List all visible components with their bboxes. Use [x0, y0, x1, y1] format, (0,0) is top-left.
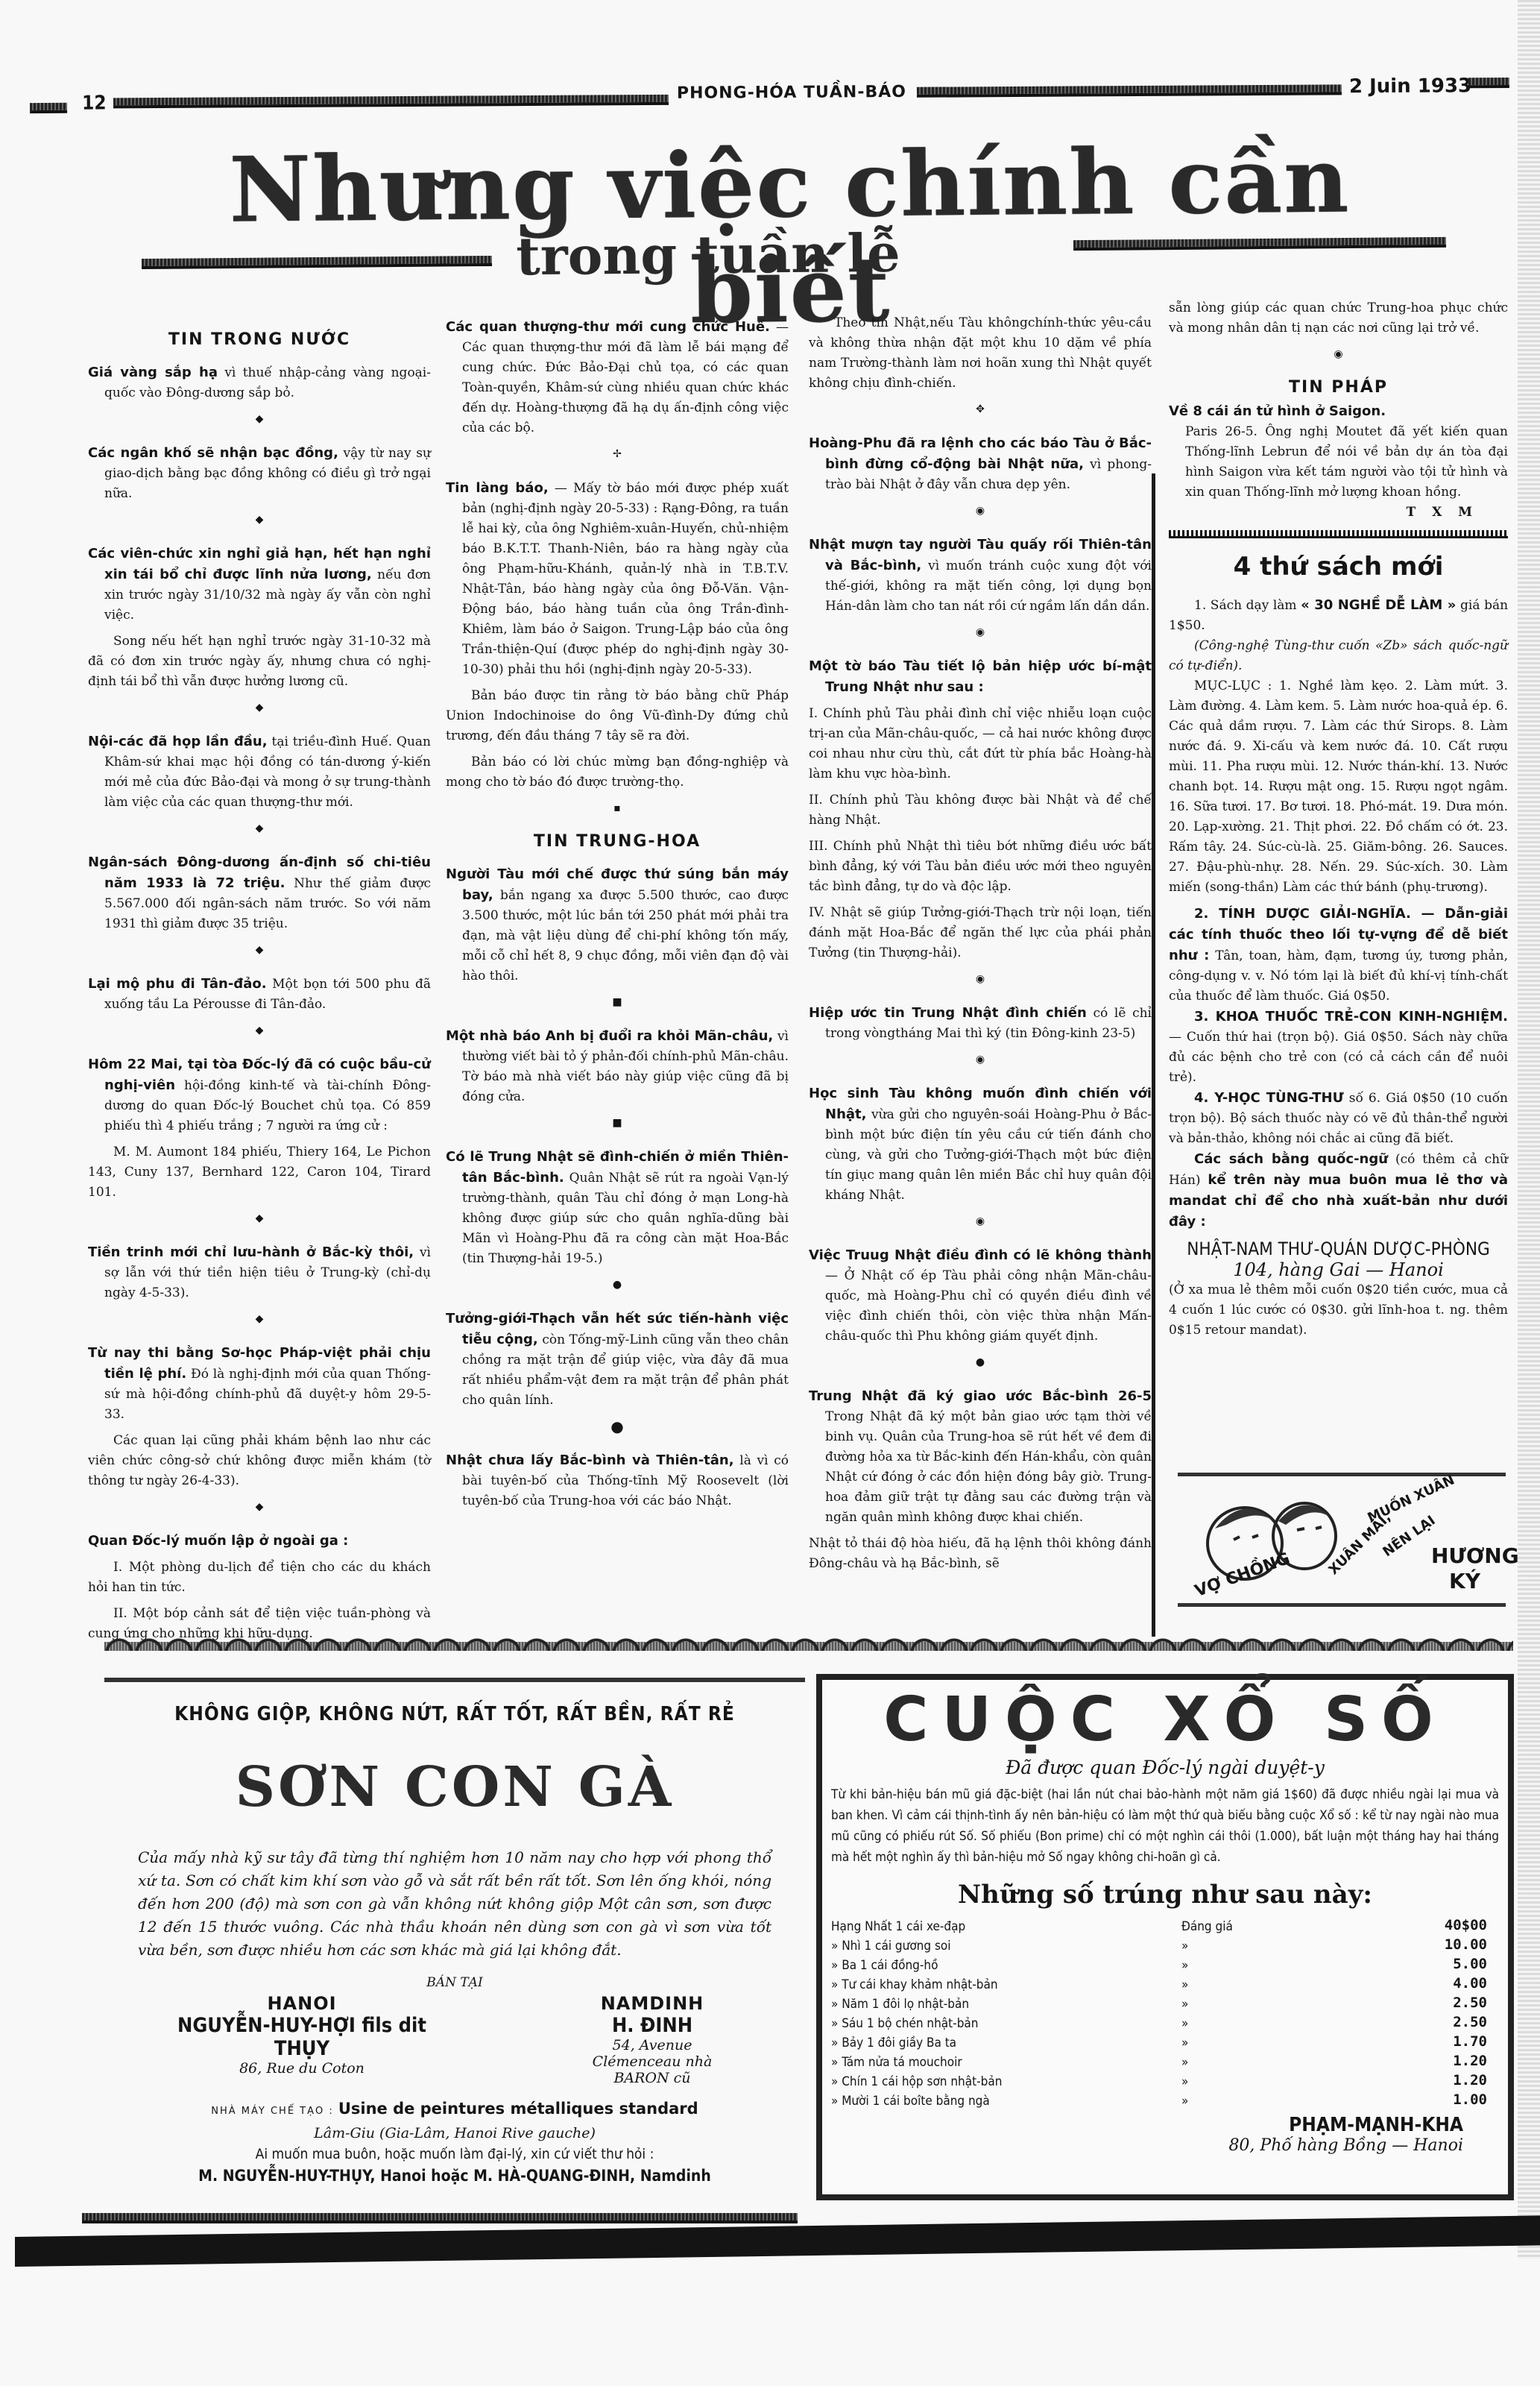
dot-ornament-icon: ◉: [809, 623, 1152, 643]
diamond-ornament-icon: ◆: [88, 819, 431, 839]
list-item: II. Chính phủ Tàu không được bài Nhật và…: [809, 790, 1152, 831]
news-item: Hôm 22 Mai, tại tòa Đốc-lý đã có cuộc bầ…: [88, 1054, 431, 1136]
section-heading: TIN TRONG NƯỚC: [88, 330, 431, 349]
dot-ornament-icon: ●: [809, 1353, 1152, 1373]
square-ornament-icon: ■: [446, 1113, 789, 1133]
winners-heading: Những số trúng như sau này:: [822, 1880, 1508, 1910]
publication-name: PHONG-HÓA TUẦN-BÁO: [677, 83, 906, 103]
dot-ornament-icon: ◉: [809, 1212, 1152, 1232]
shop-hanoi: HANOI NGUYỄN-HUY-HỢI fils dit THỤY 86, R…: [175, 1993, 429, 2086]
prize-rank: » Nhì 1 cái gương soi: [831, 1936, 1181, 1956]
list-item: I. Một phòng du-lịch để tiện cho các du …: [88, 1558, 431, 1598]
lottery-description: Từ khi bản-hiệu bán mũ giá đặc-biệt (hai…: [831, 1784, 1499, 1868]
book-item: 3. KHOA THUỐC TRẺ-CON KINH-NGHIỆM. — Cuố…: [1169, 1007, 1508, 1088]
header-rule: [30, 103, 67, 113]
contact-names: M. NGUYỄN-HUY-THỤY, Hanoi hoặc M. HÀ-QUA…: [104, 2167, 805, 2185]
book-item: 4. Y-HỌC TÙNG-THƯ số 6. Giá 0$50 (10 cuố…: [1169, 1088, 1508, 1149]
books-heading: 4 thứ sách mới: [1169, 552, 1508, 582]
news-item: Tin làng báo, — Mấy tờ báo mới được phép…: [446, 478, 789, 680]
news-item: Học sinh Tàu không muốn đình chiến với N…: [809, 1083, 1152, 1206]
news-item: Người Tàu mới chế được thứ súng bắn máy …: [446, 864, 789, 986]
paint-advertisement: KHÔNG GIỘP, KHÔNG NỨT, RẤT TỐT, RẤT BỀN,…: [104, 1678, 805, 2204]
list-item: I. Chính phủ Tàu phải đình chỉ việc nhiễ…: [809, 704, 1152, 784]
advertisements: KHÔNG GIỘP, KHÔNG NỨT, RẤT TỐT, RẤT BỀN,…: [71, 1655, 1517, 2222]
page-edge-shadow: [1518, 0, 1540, 2259]
newspaper-page: 12 PHONG-HÓA TUẦN-BÁO 2 Juin 1933 Nhưng …: [0, 0, 1540, 2386]
book-contents: MỤC-LỤC : 1. Nghề làm kẹo. 2. Làm mứt. 3…: [1169, 676, 1508, 898]
news-item: Các viên-chức xin nghỉ giả hạn, hết hạn …: [88, 544, 431, 626]
list-item: III. Chính phủ Nhật thì tiêu bớt những đ…: [809, 837, 1152, 897]
prize-value: 1.20: [1331, 2053, 1487, 2072]
column-press-china-news: Các quan thượng-thư mới cung chức Huế. —…: [446, 317, 789, 1517]
shop-namdinh: NAMDINH H. ĐINH 54, Avenue Clémenceau nh…: [570, 1993, 734, 2086]
bottom-rule: [82, 2213, 798, 2223]
prize-mark: »: [1181, 1936, 1331, 1956]
news-item: Hiệp ước tin Trung Nhật đình chiến có lẽ…: [809, 1003, 1152, 1044]
diamond-ornament-icon: ◆: [88, 409, 431, 429]
cartoon-text: MUỐN XUÂN: [1365, 1472, 1457, 1526]
prize-rank: Hạng Nhất 1 cái xe-đạp: [831, 1917, 1181, 1936]
news-item-heading: Về 8 cái án tử hình ở Saigon.: [1169, 401, 1508, 422]
dot-ornament-icon: ●: [446, 1417, 789, 1437]
seller-name: PHẠM-MẠNH-KHA: [822, 2114, 1463, 2136]
running-header: 12 PHONG-HÓA TUẦN-BÁO 2 Juin 1933: [30, 84, 1513, 115]
news-item-continued: M. M. Aumont 184 phiếu, Thiery 164, Le P…: [88, 1142, 431, 1203]
news-item: Các ngân khố sẽ nhận bạc đồng, vậy từ na…: [88, 443, 431, 504]
huong-ky-cartoon-ad: VỢ CHỒNG XUÂN MÃI, MUỐN XUÂN NÊN LẠI HƯƠ…: [1178, 1473, 1506, 1607]
header-rule: [917, 84, 1342, 97]
prize-value: 2.50: [1331, 1995, 1487, 2014]
publisher-name: NHẬT-NAM THƯ-QUÁN DƯỢC-PHÒNG: [1169, 1238, 1508, 1259]
header-rule: [1468, 78, 1509, 88]
dot-ornament-icon: ◉: [1169, 344, 1508, 365]
prize-value: 10.00: [1331, 1936, 1487, 1956]
diamond-ornament-icon: ◆: [88, 940, 431, 960]
prize-value: 4.00: [1331, 1975, 1487, 1995]
publisher-address: 104, hàng Gai — Hanoi: [1169, 1259, 1508, 1280]
prize-mark: »: [1181, 2033, 1331, 2053]
column-divider: [1152, 473, 1155, 1637]
news-item: Các quan thượng-thư mới cung chức Huế. —…: [446, 317, 789, 438]
dot-ornament-icon: ◉: [809, 969, 1152, 989]
shipping-note: (Ở xa mua lẻ thêm mỗi cuốn 0$20 tiền cướ…: [1169, 1280, 1508, 1341]
news-item: Tưởng-giới-Thạch vẫn hết sức tiến-hành v…: [446, 1309, 789, 1411]
news-item: Ngân-sách Đông-dương ấn-định số chi-tiêu…: [88, 852, 431, 934]
prize-value: 2.50: [1331, 2014, 1487, 2033]
issue-date: 2 Juin 1933: [1349, 75, 1471, 98]
column-domestic-news: TIN TRONG NƯỚC Giá vàng sắp hạ vì thuế n…: [88, 324, 431, 1650]
sold-at-label: BÁN TẠI: [104, 1975, 805, 1990]
prize-table: Hạng Nhất 1 cái xe-đạpĐáng giá40$00 » Nh…: [831, 1917, 1508, 2111]
news-item-continued: sẵn lòng giúp các quan chức Trung-hoa ph…: [1169, 298, 1508, 339]
prize-rank: » Bảy 1 đôi giầy Ba ta: [831, 2033, 1181, 2053]
news-item: Trung Nhật đã ký giao ước Bắc-bình 26-5 …: [809, 1386, 1152, 1528]
prize-rank: » Tư cái khay khảm nhật-bản: [831, 1975, 1181, 1995]
lottery-advertisement: CUỘC XỔ SỐ Đã được quan Đốc-lý ngài duyệ…: [816, 1674, 1514, 2200]
prize-rank: » Sáu 1 bộ chén nhật-bản: [831, 2014, 1181, 2033]
prize-rank: » Ba 1 cái đồng-hồ: [831, 1956, 1181, 1975]
seller-address: 80, Phố hàng Bồng — Hanoi: [822, 2136, 1463, 2155]
news-item-continued: Bản báo có lời chúc mừng bạn đồng-nghiệp…: [446, 752, 789, 793]
news-item: Nhật mượn tay người Tàu quấy rối Thiên-t…: [809, 535, 1152, 617]
prize-mark: »: [1181, 1995, 1331, 2014]
paint-tagline: KHÔNG GIỘP, KHÔNG NỨT, RẤT TỐT, RẤT BỀN,…: [104, 1703, 805, 1725]
prize-mark: »: [1181, 2014, 1331, 2033]
page-subheadline: trong tuần lễ: [447, 221, 970, 288]
news-item: Có lẽ Trung Nhật sẽ đình-chiến ở miền Th…: [446, 1147, 789, 1269]
section-heading: TIN TRUNG-HOA: [446, 832, 789, 851]
page-number: 12: [82, 92, 107, 114]
prize-rank: » Tám nửa tá mouchoir: [831, 2053, 1181, 2072]
column-china-japan-news: Theo tin Nhật,nếu Tàu khôngchính-thức yê…: [809, 313, 1152, 1580]
diamond-ornament-icon: ◆: [88, 1309, 431, 1329]
cartoon-brand: HƯƠNG KÝ: [1431, 1543, 1498, 1594]
lottery-title: CUỘC XỔ SỐ: [822, 1684, 1508, 1755]
diamond-ornament-icon: ◆: [88, 1209, 431, 1229]
news-item: Nhật chưa lấy Bắc-bình và Thiên-tân, là …: [446, 1450, 789, 1511]
book-series: (Công-nghệ Tùng-thư cuốn «Zb» sách quốc-…: [1169, 636, 1508, 676]
news-item-continued: Bản báo được tin rằng tờ báo bằng chữ Ph…: [446, 686, 789, 746]
list-item: IV. Nhật sẽ giúp Tưởng-giới-Thạch trừ nộ…: [809, 903, 1152, 963]
factory-location: Lâm-Giu (Gia-Lâm, Hanoi Rive gauche): [104, 2125, 805, 2141]
header-rule: [113, 95, 669, 109]
news-item: Một tờ báo Tàu tiết lộ bản hiệp ước bí-m…: [809, 656, 1152, 698]
section-divider: [1169, 530, 1508, 538]
news-item: Quan Đốc-lý muốn lập ở ngoài ga :: [88, 1531, 431, 1552]
news-item: Từ nay thi bằng Sơ-học Pháp-việt phải ch…: [88, 1343, 431, 1425]
prize-value: 1.20: [1331, 2072, 1487, 2091]
book-item: 2. TÍNH DƯỢC GIẢI-NGHĨA. — Dẫn-giải các …: [1169, 904, 1508, 1007]
news-item: Hoàng-Phu đã ra lệnh cho các báo Tàu ở B…: [809, 433, 1152, 495]
news-item-continued: Các quan lại cũng phải khám bệnh lao như…: [88, 1431, 431, 1491]
prize-mark: Đáng giá: [1181, 1917, 1331, 1936]
prize-value: 1.00: [1331, 2091, 1487, 2111]
prize-rank: » Mười 1 cái boîte bằng ngà: [831, 2091, 1181, 2111]
prize-rank: » Năm 1 đôi lọ nhật-bản: [831, 1995, 1181, 2014]
prize-mark: »: [1181, 2053, 1331, 2072]
shop-list: HANOI NGUYỄN-HUY-HỢI fils dit THỤY 86, R…: [104, 1993, 805, 2086]
news-item-continued: Nhật tỏ thái độ hòa hiếu, đã hạ lệnh thô…: [809, 1534, 1152, 1574]
news-item: Giá vàng sắp hạ vì thuế nhập-cảng vàng n…: [88, 362, 431, 403]
ornament-icon: ▪: [446, 799, 789, 819]
prize-mark: »: [1181, 2072, 1331, 2091]
square-ornament-icon: ■: [446, 992, 789, 1013]
prize-mark: »: [1181, 1956, 1331, 1975]
author-signature: T X M: [1169, 503, 1478, 523]
diamond-ornament-icon: ◆: [88, 1021, 431, 1041]
section-heading: TIN PHÁP: [1169, 378, 1508, 397]
diamond-ornament-icon: ◆: [88, 698, 431, 718]
news-item: Theo tin Nhật,nếu Tàu khôngchính-thức yê…: [809, 313, 1152, 394]
prize-mark: »: [1181, 2091, 1331, 2111]
paint-description: Của mấy nhà kỹ sư tây đã từng thí nghiệm…: [138, 1846, 771, 1962]
prize-value: 1.70: [1331, 2033, 1487, 2053]
news-item: Paris 26-5. Ông nghị Moutet đã yết kiến …: [1169, 422, 1508, 503]
prize-value: 40$00: [1331, 1917, 1487, 1936]
ornament-icon: ✥: [809, 400, 1152, 420]
dot-ornament-icon: ●: [446, 1275, 789, 1295]
dot-ornament-icon: ◉: [809, 1050, 1152, 1070]
wholesale-inquiry: Ai muốn mua buôn, hoặc muốn làm đại-lý, …: [104, 2146, 805, 2162]
news-item: Một nhà báo Anh bị đuổi ra khỏi Mãn-châu…: [446, 1026, 789, 1107]
news-item: Nội-các đã họp lần đầu, tại triều-đình H…: [88, 731, 431, 813]
news-item: Việc Truug Nhật điều đình có lẽ không th…: [809, 1245, 1152, 1347]
wave-divider: [104, 1631, 1513, 1651]
prize-mark: »: [1181, 1975, 1331, 1995]
lottery-subtitle: Đã được quan Đốc-lý ngài duyệt-y: [822, 1757, 1508, 1778]
ornament-icon: ✢: [446, 444, 789, 465]
order-note: Các sách bằng quốc-ngữ (có thêm cả chữ H…: [1169, 1149, 1508, 1233]
factory-line: NHÀ MÁY CHẾ TẠO : Usine de peintures mét…: [104, 2100, 805, 2118]
paint-brand: SƠN CON GÀ: [104, 1755, 805, 1819]
dot-ornament-icon: ◉: [809, 501, 1152, 521]
prize-value: 5.00: [1331, 1956, 1487, 1975]
diamond-ornament-icon: ◆: [88, 1497, 431, 1517]
news-item-continued: Song nếu hết hạn nghỉ trước ngày 31-10-3…: [88, 632, 431, 692]
news-item: Tiền trinh mới chỉ lưu-hành ở Bắc-kỳ thô…: [88, 1242, 431, 1303]
prize-rank: » Chín 1 cái hộp sơn nhật-bản: [831, 2072, 1181, 2091]
diamond-ornament-icon: ◆: [88, 510, 431, 530]
news-item: Lại mộ phu đi Tân-đảo. Một bọn tới 500 p…: [88, 974, 431, 1015]
book-item: 1. Sách dạy làm « 30 NGHỀ DỄ LÀM » giá b…: [1169, 595, 1508, 636]
column-france-books: sẵn lòng giúp các quan chức Trung-hoa ph…: [1169, 298, 1508, 1347]
